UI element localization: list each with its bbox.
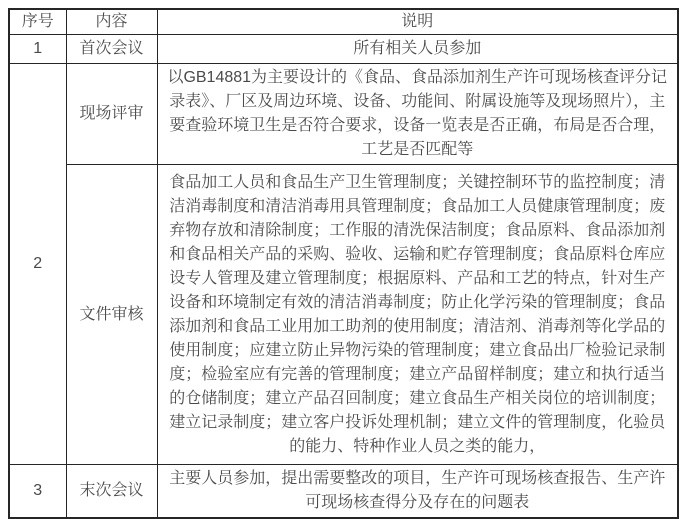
- col-header-content: 内容: [66, 9, 157, 35]
- audit-process-table: 序号 内容 说明 1 首次会议 所有相关人员参加 2 现场评审 以GB14881…: [8, 8, 679, 519]
- cell-content: 末次会议: [66, 465, 157, 519]
- col-header-no: 序号: [9, 9, 66, 35]
- cell-desc: 食品加工人员和食品生产卫生管理制度；关键控制环节的监控制度；清洁消毒制度和清洁消…: [157, 165, 678, 465]
- cell-desc: 以GB14881为主要设计的《食品、食品添加剂生产许可现场核查评分记录表》、厂区…: [157, 64, 678, 165]
- cell-content: 首次会议: [66, 35, 157, 64]
- header-row: 序号 内容 说明: [9, 9, 678, 35]
- table-row-site-review: 2 现场评审 以GB14881为主要设计的《食品、食品添加剂生产许可现场核查评分…: [9, 64, 678, 165]
- col-header-desc: 说明: [157, 9, 678, 35]
- cell-content: 现场评审: [66, 64, 157, 165]
- cell-content: 文件审核: [66, 165, 157, 465]
- cell-no-merged: 2: [9, 64, 66, 465]
- cell-no: 3: [9, 465, 66, 519]
- table-row-document-audit: 文件审核 食品加工人员和食品生产卫生管理制度；关键控制环节的监控制度；清洁消毒制…: [9, 165, 678, 465]
- table-row-final-meeting: 3 末次会议 主要人员参加，提出需要整改的项目，生产许可现场核查报告、生产许可现…: [9, 465, 678, 519]
- cell-desc: 主要人员参加，提出需要整改的项目，生产许可现场核查报告、生产许可现场核查得分及存…: [157, 465, 678, 519]
- cell-no: 1: [9, 35, 66, 64]
- table-row-first-meeting: 1 首次会议 所有相关人员参加: [9, 35, 678, 64]
- page: 序号 内容 说明 1 首次会议 所有相关人员参加 2 现场评审 以GB14881…: [0, 0, 685, 513]
- cell-desc: 所有相关人员参加: [157, 35, 678, 64]
